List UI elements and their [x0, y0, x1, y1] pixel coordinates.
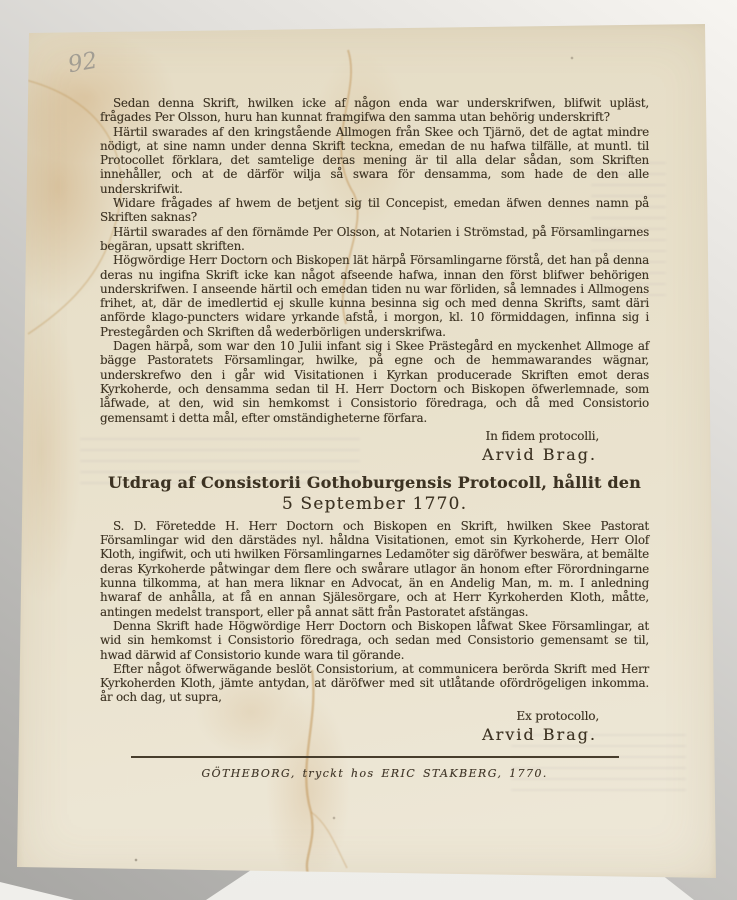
protocol-attestation: Ex protocollo, Arvid Brag. [100, 708, 649, 745]
paragraph: Dagen härpå, som war den 10 Julii infant… [100, 339, 649, 425]
attestation-formula: In fidem protocolli, [100, 428, 599, 444]
document-paper: 92 Sedan denna Skrift, hwilken icke af n… [16, 22, 717, 880]
paragraph: Denna Skrift hade Högwördige Herr Doctor… [100, 619, 649, 662]
signature-arvid-brag: Arvid Brag. [100, 444, 599, 465]
section-heading: Utdrag af Consistorii Gothoburgensis Pro… [100, 473, 649, 515]
paragraph: Härtil swarades af den kringstående Allm… [100, 125, 649, 196]
paragraph: S. D. Företedde H. Herr Doctorn och Bisk… [100, 519, 649, 619]
pencil-mark: 92 [66, 48, 99, 79]
imprint-divider [131, 756, 619, 758]
protocol-attestation: In fidem protocolli, Arvid Brag. [100, 428, 649, 465]
paragraph: Högwördige Herr Doctorn och Biskopen lät… [100, 253, 649, 339]
photo-scene: 92 Sedan denna Skrift, hwilken icke af n… [0, 0, 737, 900]
heading-date: 5 September 1770. [100, 493, 649, 515]
paragraph: Widare frågades af hwem de betjent sig t… [100, 196, 649, 225]
heading-title: Utdrag af Consistorii Gothoburgensis Pro… [100, 473, 649, 493]
signature-arvid-brag: Arvid Brag. [100, 724, 599, 745]
paragraph: Efter något öfwerwägande beslöt Consisto… [100, 662, 649, 705]
paragraph: Sedan denna Skrift, hwilken icke af någo… [100, 96, 649, 125]
paragraph: Härtil swarades af den förnämde Per Olss… [100, 225, 649, 254]
document-text: Sedan denna Skrift, hwilken icke af någo… [100, 96, 649, 781]
imprint-line: GÖTHEBORG, tryckt hos ERIC STAKBERG, 177… [100, 767, 649, 781]
attestation-formula: Ex protocollo, [100, 708, 599, 724]
